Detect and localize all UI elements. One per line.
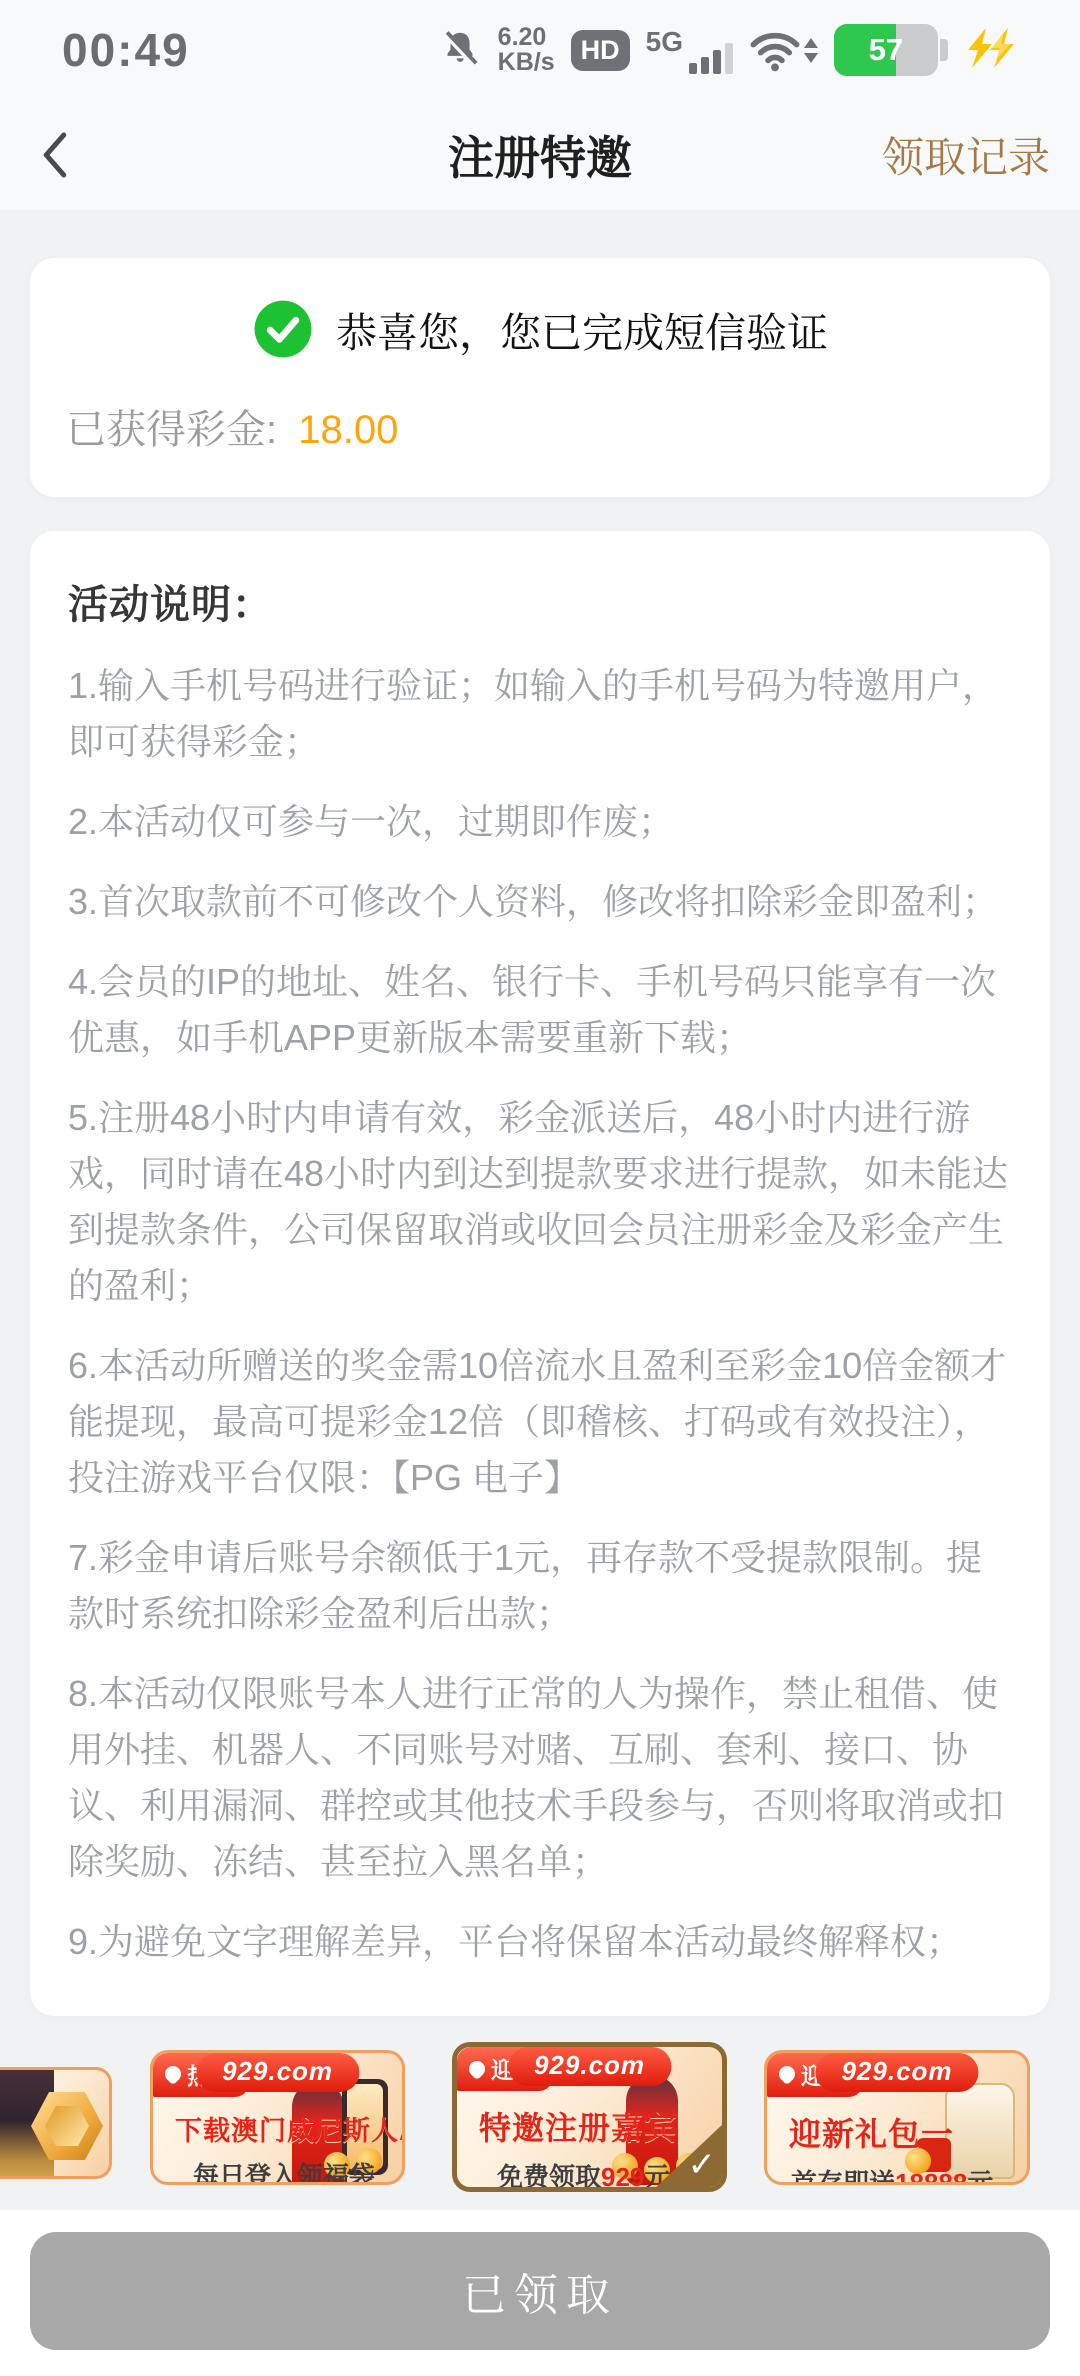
- site-pill: 929.com: [196, 2053, 359, 2092]
- network-speed: 6.20 KB/s: [498, 25, 555, 76]
- content: 恭喜您，您已完成短信验证 已获得彩金: 18.00 活动说明： 1.输入手机号码…: [0, 210, 1080, 2273]
- hd-call-icon: HD: [571, 30, 630, 71]
- rule-item: 3.首次取款前不可修改个人资料，修改将扣除彩金即盈利；: [68, 874, 1012, 930]
- banner-headline: 下载澳门威尼斯人APP: [175, 2109, 402, 2148]
- site-pill: 929.com: [508, 2047, 671, 2086]
- charging-bolt-icon: [964, 26, 1016, 74]
- cellular-signal: 5G: [646, 26, 733, 74]
- flame-icon: [162, 2063, 185, 2086]
- battery-icon: 57: [834, 24, 948, 76]
- activity-rules-card: 活动说明： 1.输入手机号码进行验证；如输入的手机号码为特邀用户，即可获得彩金；…: [30, 531, 1050, 2016]
- badge-icon: [466, 2057, 489, 2080]
- rule-item: 6.本活动所赠送的奖金需10倍流水且盈利至彩金10倍金额才能提现，最高可提彩金1…: [68, 1338, 1012, 1506]
- banner-headline: 迎新礼包一: [789, 2109, 1027, 2155]
- rule-item: 5.注册48小时内申请有效，彩金派送后，48小时内进行游戏，同时请在48小时内到…: [68, 1090, 1012, 1314]
- success-check-icon: [252, 298, 314, 360]
- selected-check-icon: ✓: [688, 2145, 717, 2185]
- site-pill: 929.com: [815, 2053, 978, 2092]
- signal-bars-icon: [689, 43, 733, 74]
- clock: 00:49: [62, 23, 190, 77]
- badge-icon: [776, 2063, 799, 2086]
- wifi-icon: [749, 28, 818, 72]
- network-type-label: 5G: [646, 26, 683, 58]
- rules-title: 活动说明：: [68, 573, 1012, 630]
- battery-percent: 57: [834, 24, 938, 76]
- network-speed-value: 6.20: [498, 25, 547, 51]
- banner-subline: 每日登入领福袋: [193, 2156, 402, 2185]
- wifi-traffic-arrows-icon: [804, 38, 818, 63]
- rule-item: 8.本活动仅限账号本人进行正常的人为操作，禁止租借、使用外挂、机器人、不同账号对…: [68, 1666, 1012, 1890]
- banner-subline: 首存即送18888元: [791, 2163, 1027, 2185]
- network-speed-unit: KB/s: [498, 50, 555, 76]
- verification-result-card: 恭喜您，您已完成短信验证 已获得彩金: 18.00: [30, 258, 1050, 497]
- rule-item: 7.彩金申请后账号余额低于1元，再存款不受提款限制。提款时系统扣除彩金盈利后出款…: [68, 1530, 1012, 1642]
- claimed-button[interactable]: 已领取: [30, 2232, 1050, 2350]
- rule-item: 4.会员的IP的地址、姓名、银行卡、手机号码只能享有一次优惠，如手机APP更新版…: [68, 954, 1012, 1066]
- back-button[interactable]: [40, 127, 84, 183]
- rule-item: 9.为避免文字理解差异，平台将保留本活动最终解释权；: [68, 1914, 1012, 1970]
- top-area: 00:49 6.20 KB/s HD 5G: [0, 0, 1080, 210]
- welcome-pack-banner: 迎新 929.com 迎新礼包一 首存即送18888元: [764, 2050, 1030, 2185]
- rule-item: 1.输入手机号码进行验证；如输入的手机号码为特邀用户，即可获得彩金；: [68, 658, 1012, 770]
- verification-message: 恭喜您，您已完成短信验证: [336, 300, 828, 359]
- nav-header: 注册特邀 领取记录: [0, 100, 1080, 210]
- download-app-banner: 热门 929.com 下载澳门威尼斯人APP 每日登入领福袋: [150, 2050, 405, 2185]
- status-icons: 6.20 KB/s HD 5G: [438, 24, 1016, 76]
- register-invite-banner: 迎新 929.com 特邀注册嘉宾 免费领取929元 ✓: [452, 2042, 727, 2192]
- rule-item: 2.本活动仅可参与一次，过期即作废；: [68, 794, 1012, 850]
- bell-muted-icon: [438, 28, 482, 72]
- bonus-label: 已获得彩金:: [66, 408, 277, 452]
- app-screen: 00:49 6.20 KB/s HD 5G: [0, 0, 1080, 2376]
- bonus-row: 已获得彩金: 18.00: [66, 398, 1014, 455]
- status-bar: 00:49 6.20 KB/s HD 5G: [0, 0, 1080, 100]
- vip-banner-image: [0, 2067, 112, 2179]
- bonus-amount: 18.00: [298, 408, 398, 452]
- chevron-left-icon: [40, 130, 70, 180]
- claim-history-link[interactable]: 领取记录: [882, 125, 1050, 185]
- footer-bar: 已领取: [0, 2210, 1080, 2376]
